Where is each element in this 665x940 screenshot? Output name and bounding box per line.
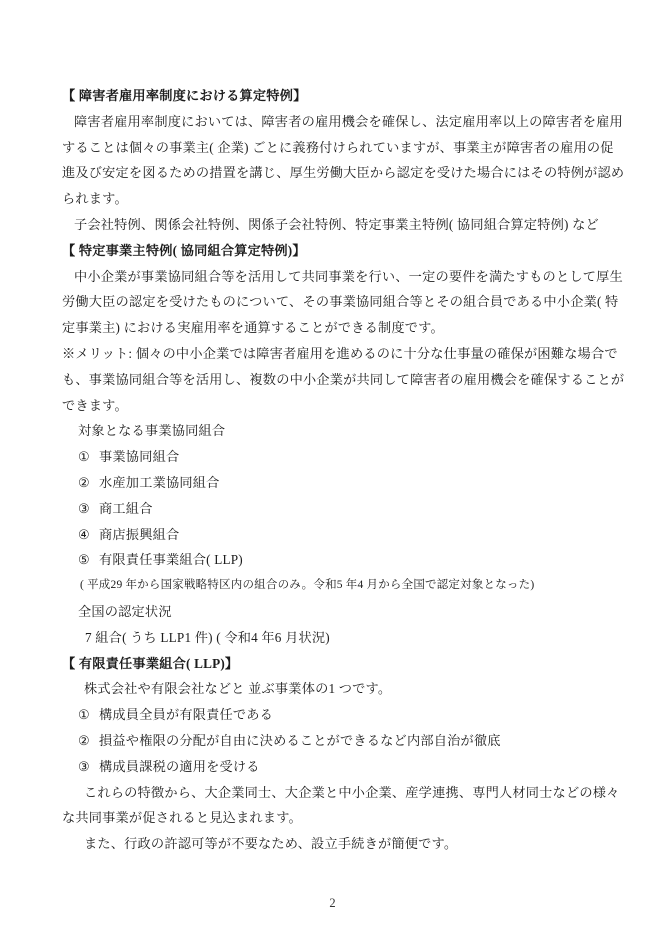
list-item-label: 構成員課税の適用を受ける [99, 759, 260, 774]
document-content: 【 障害者雇用率制度における算定特例】 障害者雇用率制度においては、障害者の雇用… [62, 83, 607, 857]
list-item-label: 商店振興組合 [99, 527, 179, 542]
list-item-label: 商工組合 [99, 501, 153, 516]
paragraph-line: 進及び安定を図るための措置を講じ、厚生労働大臣から認定を受けた場合にはその特例が… [62, 160, 607, 186]
paragraph-line: 中小企業が事業協同組合等を活用して共同事業を行い、一定の要件を満たすものとして厚… [62, 264, 607, 290]
list-item: ④商店振興組合 [62, 522, 607, 548]
list-item: ①事業協同組合 [62, 444, 607, 470]
target-cooperatives-heading: 対象となる事業協同組合 [62, 418, 607, 444]
list-item-label: 水産加工業協同組合 [99, 475, 220, 490]
closing-paragraph-line: また、行政の許認可等が不要なため、設立手続きが簡便です。 [62, 831, 607, 857]
paragraph-line: 障害者雇用率制度においては、障害者の雇用機会を確保し、法定雇用率以上の障害者を雇… [62, 109, 607, 135]
merit-note-line: ※メリット: 個々の中小企業では障害者雇用を進めるのに十分な仕事量の確保が困難な… [62, 341, 607, 367]
certification-status-value: 7 組合( うち LLP1 件) ( 令和4 年6 月状況) [62, 625, 607, 651]
paragraph-line: 定事業主) における実雇用率を通算することができる制度です。 [62, 315, 607, 341]
llp-period-note: ( 平成29 年から国家戦略特区内の組合のみ。令和5 年4 月から全国で認定対象… [62, 573, 607, 599]
page-number: 2 [0, 896, 665, 911]
circled-number-icon: ④ [78, 522, 90, 548]
examples-line: 子会社特例、関係会社特例、関係子会社特例、特定事業主特例( 協同組合算定特例) … [62, 212, 607, 238]
list-item: ③商工組合 [62, 496, 607, 522]
paragraph-line: られます。 [62, 186, 607, 212]
circled-number-icon: ③ [78, 496, 90, 522]
circled-number-icon: ③ [78, 754, 90, 780]
list-item-label: 構成員全員が有限責任である [99, 707, 273, 722]
list-item-label: 有限責任事業組合( LLP) [99, 552, 243, 567]
closing-paragraph-line: な共同事業が促されると見込まれます。 [62, 805, 607, 831]
list-item: ⑤有限責任事業組合( LLP) [62, 547, 607, 573]
merit-note-line: できます。 [62, 393, 607, 419]
circled-number-icon: ② [78, 470, 90, 496]
paragraph-line: 労働大臣の認定を受けたものについて、その事業協同組合等とその組合員である中小企業… [62, 289, 607, 315]
paragraph-line: することは個々の事業主( 企業) ごとに義務付けられていますが、事業主が障害者の… [62, 135, 607, 161]
list-item: ③構成員課税の適用を受ける [62, 754, 607, 780]
circled-number-icon: ⑤ [78, 547, 90, 573]
llp-intro-line: 株式会社や有限会社などと 並ぶ事業体の1 つです。 [62, 676, 607, 702]
list-item: ②損益や権限の分配が自由に決めることができるなど内部自治が徹底 [62, 728, 607, 754]
circled-number-icon: ① [78, 444, 90, 470]
section-heading-employment-rate-special: 【 障害者雇用率制度における算定特例】 [62, 83, 607, 109]
circled-number-icon: ① [78, 702, 90, 728]
section-heading-llp: 【 有限責任事業組合( LLP)】 [62, 651, 607, 677]
certification-status-heading: 全国の認定状況 [62, 599, 607, 625]
list-item-label: 損益や権限の分配が自由に決めることができるなど内部自治が徹底 [99, 733, 501, 748]
closing-paragraph-line: これらの特徴から、大企業同士、大企業と中小企業、産学連携、専門人材同士などの様々 [62, 780, 607, 806]
document-page: 【 障害者雇用率制度における算定特例】 障害者雇用率制度においては、障害者の雇用… [0, 0, 665, 940]
circled-number-icon: ② [78, 728, 90, 754]
section-heading-specified-employer-special: 【 特定事業主特例( 協同組合算定特例)】 [62, 238, 607, 264]
merit-note-line: も、事業協同組合等を活用し、複数の中小企業が共同して障害者の雇用機会を確保するこ… [62, 367, 607, 393]
list-item-label: 事業協同組合 [99, 449, 179, 464]
list-item: ①構成員全員が有限責任である [62, 702, 607, 728]
list-item: ②水産加工業協同組合 [62, 470, 607, 496]
